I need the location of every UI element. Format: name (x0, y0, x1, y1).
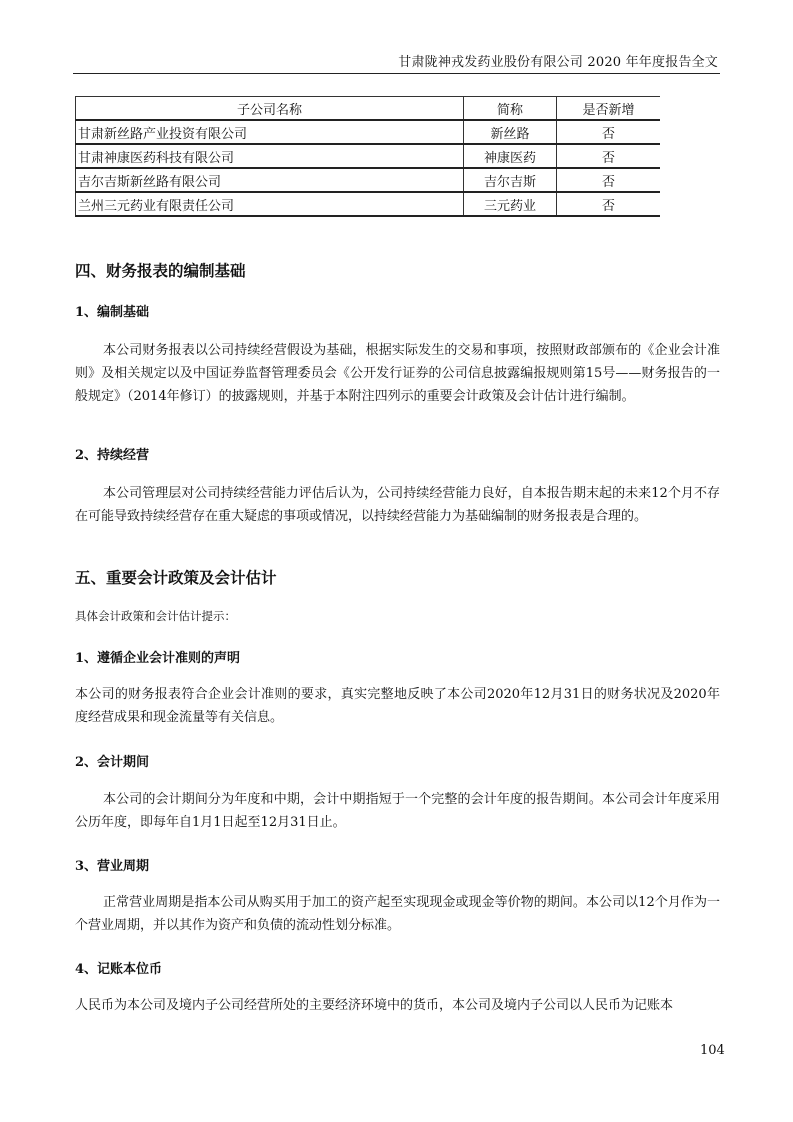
cell-is-new: 否 (557, 192, 661, 216)
column-header-short-name: 简称 (464, 97, 557, 121)
page-header: 甘肃陇神戎发药业股份有限公司 2020 年年度报告全文 (73, 50, 720, 74)
section-4-2-heading: 2、持续经营 (75, 444, 149, 463)
cell-subsidiary-name: 吉尔吉斯新丝路有限公司 (76, 168, 464, 192)
section-4-heading: 四、财务报表的编制基础 (75, 259, 246, 281)
column-header-subsidiary-name: 子公司名称 (76, 97, 464, 121)
cell-is-new: 否 (557, 144, 661, 168)
section-4-2-paragraph: 本公司管理层对公司持续经营能力评估后认为，公司持续经营能力良好，自本报告期末起的… (75, 482, 720, 528)
cell-short-name: 新丝路 (464, 120, 557, 144)
report-title: 甘肃陇神戎发药业股份有限公司 2020 年年度报告全文 (398, 51, 718, 70)
cell-is-new: 否 (557, 120, 661, 144)
section-5-1-paragraph: 本公司的财务报表符合企业会计准则的要求，真实完整地反映了本公司2020年12月3… (75, 683, 720, 729)
subsidiary-table: 子公司名称 简称 是否新增 甘肃新丝路产业投资有限公司 新丝路 否 甘肃神康医药… (75, 96, 660, 217)
section-5-heading: 五、重要会计政策及会计估计 (75, 566, 277, 588)
section-4-1-paragraph: 本公司财务报表以公司持续经营假设为基础，根据实际发生的交易和事项，按照财政部颁布… (75, 339, 720, 408)
table-row: 甘肃新丝路产业投资有限公司 新丝路 否 (76, 120, 661, 144)
section-5-4-heading: 4、记账本位币 (75, 958, 162, 977)
page-number: 104 (700, 1043, 725, 1058)
section-5-3-heading: 3、营业周期 (75, 855, 149, 874)
table-row: 吉尔吉斯新丝路有限公司 吉尔吉斯 否 (76, 168, 661, 192)
section-4-1-heading: 1、编制基础 (75, 301, 149, 320)
cell-short-name: 三元药业 (464, 192, 557, 216)
cell-short-name: 神康医药 (464, 144, 557, 168)
cell-is-new: 否 (557, 168, 661, 192)
section-5-note: 具体会计政策和会计估计提示： (75, 608, 236, 624)
cell-subsidiary-name: 甘肃新丝路产业投资有限公司 (76, 120, 464, 144)
table-row: 甘肃神康医药科技有限公司 神康医药 否 (76, 144, 661, 168)
section-5-2-heading: 2、会计期间 (75, 751, 149, 770)
cell-subsidiary-name: 甘肃神康医药科技有限公司 (76, 144, 464, 168)
table-header-row: 子公司名称 简称 是否新增 (76, 97, 661, 121)
section-5-3-paragraph: 正常营业周期是指本公司从购买用于加工的资产起至实现现金或现金等价物的期间。本公司… (75, 891, 720, 937)
section-5-1-heading: 1、遵循企业会计准则的声明 (75, 647, 240, 666)
section-5-2-paragraph: 本公司的会计期间分为年度和中期，会计中期指短于一个完整的会计年度的报告期间。本公… (75, 788, 720, 834)
column-header-is-new: 是否新增 (557, 97, 661, 121)
cell-subsidiary-name: 兰州三元药业有限责任公司 (76, 192, 464, 216)
section-5-4-paragraph: 人民币为本公司及境内子公司经营所处的主要经济环境中的货币，本公司及境内子公司以人… (75, 994, 720, 1017)
table-row: 兰州三元药业有限责任公司 三元药业 否 (76, 192, 661, 216)
cell-short-name: 吉尔吉斯 (464, 168, 557, 192)
